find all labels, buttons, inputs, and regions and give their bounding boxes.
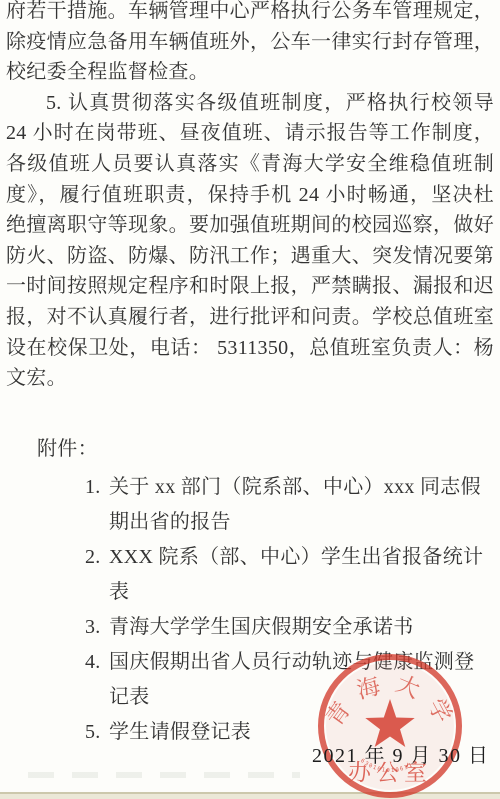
attachment-title: XXX 院系（部、中心）学生出省报备统计表 (109, 540, 492, 610)
scan-artifact-dashes (28, 772, 300, 778)
attachment-number: 2. (85, 540, 109, 610)
official-seal-stamp: 青海大学 办公室 6301010106314 (310, 646, 470, 799)
attachments-label: 附件： (37, 432, 492, 466)
body-paragraph: 府若干措施。车辆管理中心严格执行公务车管理规定，除疫情应急备用车辆值班外，公车一… (6, 0, 494, 88)
attachment-item: 3. 青海大学学生国庆假期安全承诺书 (85, 610, 492, 645)
attachment-item: 2. XXX 院系（部、中心）学生出省报备统计表 (85, 540, 492, 610)
attachment-title: 青海大学学生国庆假期安全承诺书 (109, 610, 492, 645)
attachment-title: 关于 xx 部门（院系部、中心）xxx 同志假期出省的报告 (109, 470, 492, 540)
body-paragraph: 5. 认真贯彻落实各级值班制度，严格执行校领导 24 小时在岗带班、昼夜值班、请… (6, 88, 494, 394)
document-body: 府若干措施。车辆管理中心严格执行公务车管理规定，除疫情应急备用车辆值班外，公车一… (6, 0, 494, 394)
attachment-number: 3. (85, 610, 109, 645)
attachment-number: 4. (85, 645, 109, 715)
attachment-number: 5. (85, 715, 109, 750)
attachment-number: 1. (85, 470, 109, 540)
document-date: 2021 年 9 月 30 日 (312, 742, 490, 770)
attachment-item: 1. 关于 xx 部门（院系部、中心）xxx 同志假期出省的报告 (85, 470, 492, 540)
